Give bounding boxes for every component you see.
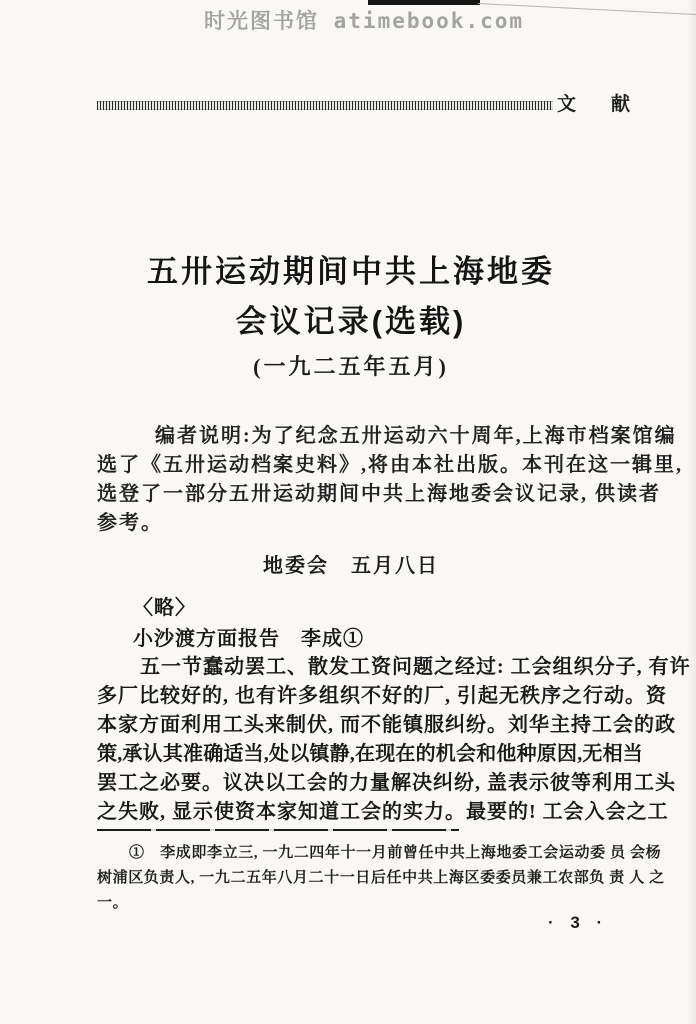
footnote-divider	[97, 829, 459, 831]
editor-note-line: 选登了一部分五卅运动期间中共上海地委会议记录, 供读者	[97, 477, 661, 506]
page-number: · 3 ·	[548, 913, 608, 933]
body-paragraph-line: 策,承认其准确适当,处以镇静,在现在的机会和他种原因,无相当	[97, 737, 643, 766]
footnote-line: 一。	[97, 891, 128, 912]
document-title-line-2: 会议记录(选载)	[97, 296, 605, 341]
body-paragraph-line: 五一节蠢动罢工、散发工资问题之经过: 工会组织分子, 有许	[97, 650, 691, 679]
body-paragraph-line: 本家方面利用工头来制伏, 而不能镇服纠纷。刘华主持工会的政	[97, 708, 676, 737]
body-paragraph-line: 罢工之必要。议决以工会的力量解决纠纷, 盖表示彼等利用工头	[97, 766, 676, 795]
document-title-line-1: 五卅运动期间中共上海地委	[97, 246, 605, 291]
editor-note-line: 选了《五卅运动档案史料》,将由本社出版。本刊在这一辑里,	[97, 448, 683, 477]
scan-artifact-bar	[368, 0, 480, 5]
omitted-marker: 〈略〉	[97, 591, 196, 620]
editor-note-line: 参考。	[97, 506, 163, 535]
footnote-line: 树浦区负责人, 一九二五年八月二十一日后任中共上海区委委员兼工农部负 责 人 之	[97, 866, 665, 887]
body-paragraph-line: 之失败, 显示使资本家知道工会的实力。最要的! 工会入会之工	[97, 795, 669, 824]
watermark-text: 时光图书馆 atimebook.com	[204, 5, 524, 35]
section-heading: 地委会 五月八日	[97, 549, 605, 578]
editor-note-line: 编者说明:为了纪念五卅运动六十周年,上海市档案馆编	[97, 419, 677, 448]
scanned-document-page: 时光图书馆 atimebook.com 文 献 五卅运动期间中共上海地委 会议记…	[0, 0, 696, 1024]
body-paragraph-line: 多厂比较好的, 也有许多组织不好的厂, 引起无秩序之行动。资	[97, 679, 667, 708]
report-byline: 小沙渡方面报告 李成①	[97, 622, 364, 651]
footnote-line: ① 李成即李立三, 一九二四年十一月前曾任中共上海地委工会运动委 员 会杨	[97, 841, 661, 862]
header-hatched-rule	[97, 101, 553, 110]
running-head-label: 文 献	[557, 89, 638, 116]
document-date-subtitle: (一九二五年五月)	[97, 350, 605, 381]
